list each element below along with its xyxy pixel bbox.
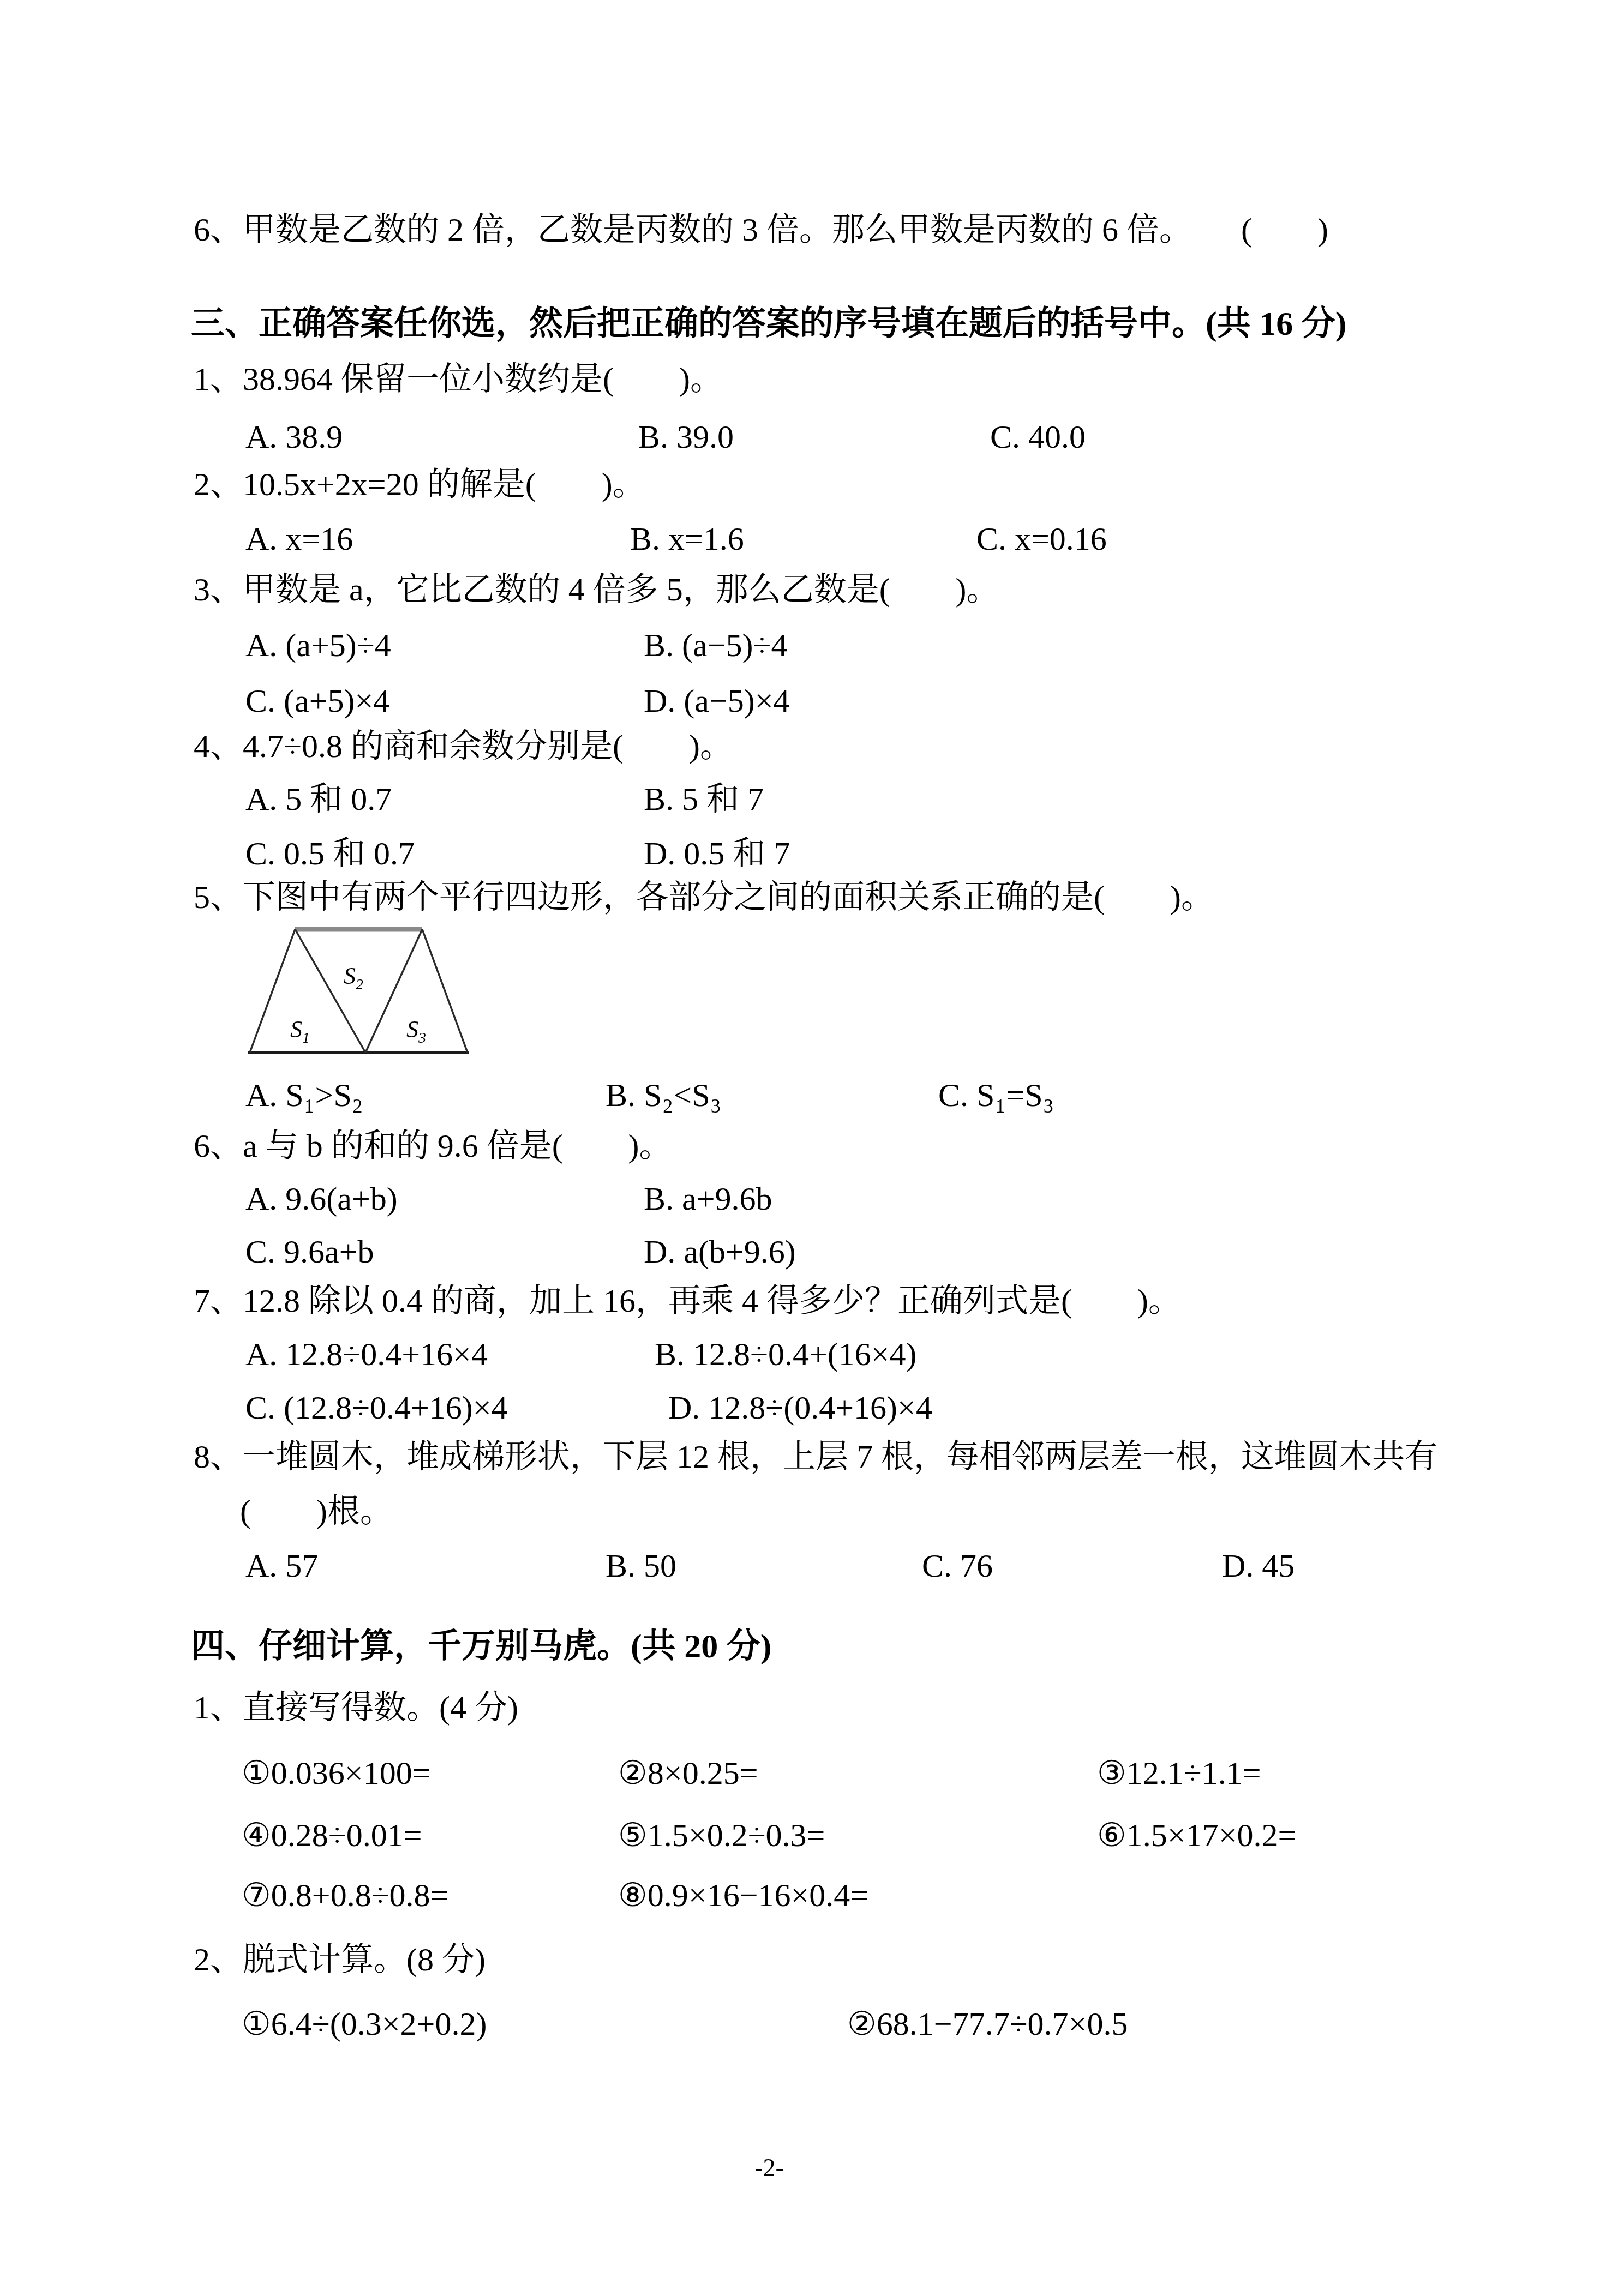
q2-option-c: C. x=0.16 <box>976 521 1107 557</box>
q6-option-d: D. a(b+9.6) <box>644 1234 796 1270</box>
q7-option-b: B. 12.8÷0.4+(16×4) <box>655 1336 917 1372</box>
q8-stem-line2: ( )根。 <box>240 1493 393 1529</box>
page-number: -2- <box>704 2154 835 2182</box>
q4-option-c: C. 0.5 和 0.7 <box>245 836 415 871</box>
q4-option-b: B. 5 和 7 <box>644 781 764 817</box>
calc-item-6: ⑥1.5×17×0.2= <box>1097 1817 1296 1853</box>
q7-option-d: D. 12.8÷(0.4+16)×4 <box>668 1390 932 1426</box>
q3-option-b: B. (a−5)÷4 <box>644 627 787 663</box>
diagram-label-s3: S3 <box>406 1016 426 1047</box>
calc-part1-label: 1、直接写得数。(4 分) <box>194 1690 518 1726</box>
q6-option-a: A. 9.6(a+b) <box>245 1181 398 1217</box>
judge-question-6: 6、甲数是乙数的 2 倍，乙数是丙数的 3 倍。那么甲数是丙数的 6 倍。 ( … <box>194 212 1328 248</box>
calc-item-2: ②8×0.25= <box>618 1755 758 1791</box>
q1-option-c: C. 40.0 <box>990 419 1086 455</box>
calc-item-8: ⑧0.9×16−16×0.4= <box>618 1877 868 1913</box>
q3-stem: 3、甲数是 a，它比乙数的 4 倍多 5，那么乙数是( )。 <box>194 572 999 608</box>
section-4-header: 四、仔细计算，千万别马虎。(共 20 分) <box>191 1628 771 1665</box>
q8-option-c: C. 76 <box>922 1548 993 1584</box>
q4-option-d: D. 0.5 和 7 <box>644 836 790 871</box>
q7-stem: 7、12.8 除以 0.4 的商，加上 16，再乘 4 得多少？正确列式是( )… <box>194 1283 1181 1319</box>
q2-stem: 2、10.5x+2x=20 的解是( )。 <box>194 466 645 502</box>
q5-option-c: C. S₁=S₃ <box>938 1077 1054 1113</box>
q6-option-b: B. a+9.6b <box>644 1181 772 1217</box>
q2-option-a: A. x=16 <box>245 521 353 557</box>
diagram-right-side <box>422 929 468 1053</box>
q3-option-c: C. (a+5)×4 <box>245 683 389 719</box>
q8-option-d: D. 45 <box>1222 1548 1295 1584</box>
q3-option-a: A. (a+5)÷4 <box>245 627 391 663</box>
stepcalc-item-1: ①6.4÷(0.3×2+0.2) <box>242 2006 487 2042</box>
q4-option-a: A. 5 和 0.7 <box>245 781 392 817</box>
q8-option-a: A. 57 <box>245 1548 318 1584</box>
q5-option-a: A. S₁>S₂ <box>245 1077 363 1113</box>
exam-paper-page-2: 6、甲数是乙数的 2 倍，乙数是丙数的 3 倍。那么甲数是丙数的 6 倍。 ( … <box>0 0 1624 2296</box>
q1-option-b: B. 39.0 <box>638 419 734 455</box>
q7-option-c: C. (12.8÷0.4+16)×4 <box>245 1390 508 1426</box>
q5-option-b: B. S₂<S₃ <box>606 1077 721 1113</box>
section-3-header: 三、正确答案任你选，然后把正确的答案的序号填在题后的括号中。(共 16 分) <box>191 305 1346 342</box>
q8-option-b: B. 50 <box>606 1548 676 1584</box>
q1-option-a: A. 38.9 <box>245 419 343 455</box>
calc-item-3: ③12.1÷1.1= <box>1097 1755 1261 1791</box>
q2-option-b: B. x=1.6 <box>630 521 744 557</box>
calc-item-1: ①0.036×100= <box>242 1755 430 1791</box>
q6-option-c: C. 9.6a+b <box>245 1234 374 1270</box>
q5-stem: 5、下图中有两个平行四边形，各部分之间的面积关系正确的是( )。 <box>194 879 1214 915</box>
calc-part2-label: 2、脱式计算。(8 分) <box>194 1942 486 1978</box>
calc-item-5: ⑤1.5×0.2÷0.3= <box>618 1817 825 1853</box>
calc-item-4: ④0.28÷0.01= <box>242 1817 422 1853</box>
calc-item-7: ⑦0.8+0.8÷0.8= <box>242 1877 448 1913</box>
diagram-left-side <box>250 929 295 1053</box>
stepcalc-item-2: ②68.1−77.7÷0.7×0.5 <box>847 2006 1128 2042</box>
q3-option-d: D. (a−5)×4 <box>644 683 790 719</box>
q8-stem-line1: 8、一堆圆木，堆成梯形状，下层 12 根，上层 7 根，每相邻两层差一根，这堆圆… <box>194 1439 1437 1475</box>
q1-stem: 1、38.964 保留一位小数约是( )。 <box>194 361 723 397</box>
parallelogram-area-diagram: S2 S1 S3 <box>240 923 475 1059</box>
q6-stem: 6、a 与 b 的和的 9.6 倍是( )。 <box>194 1128 672 1164</box>
diagram-label-s1: S1 <box>290 1016 310 1047</box>
diagram-label-s2: S2 <box>344 963 363 993</box>
q7-option-a: A. 12.8÷0.4+16×4 <box>245 1336 488 1372</box>
q4-stem: 4、4.7÷0.8 的商和余数分别是( )。 <box>194 728 733 764</box>
